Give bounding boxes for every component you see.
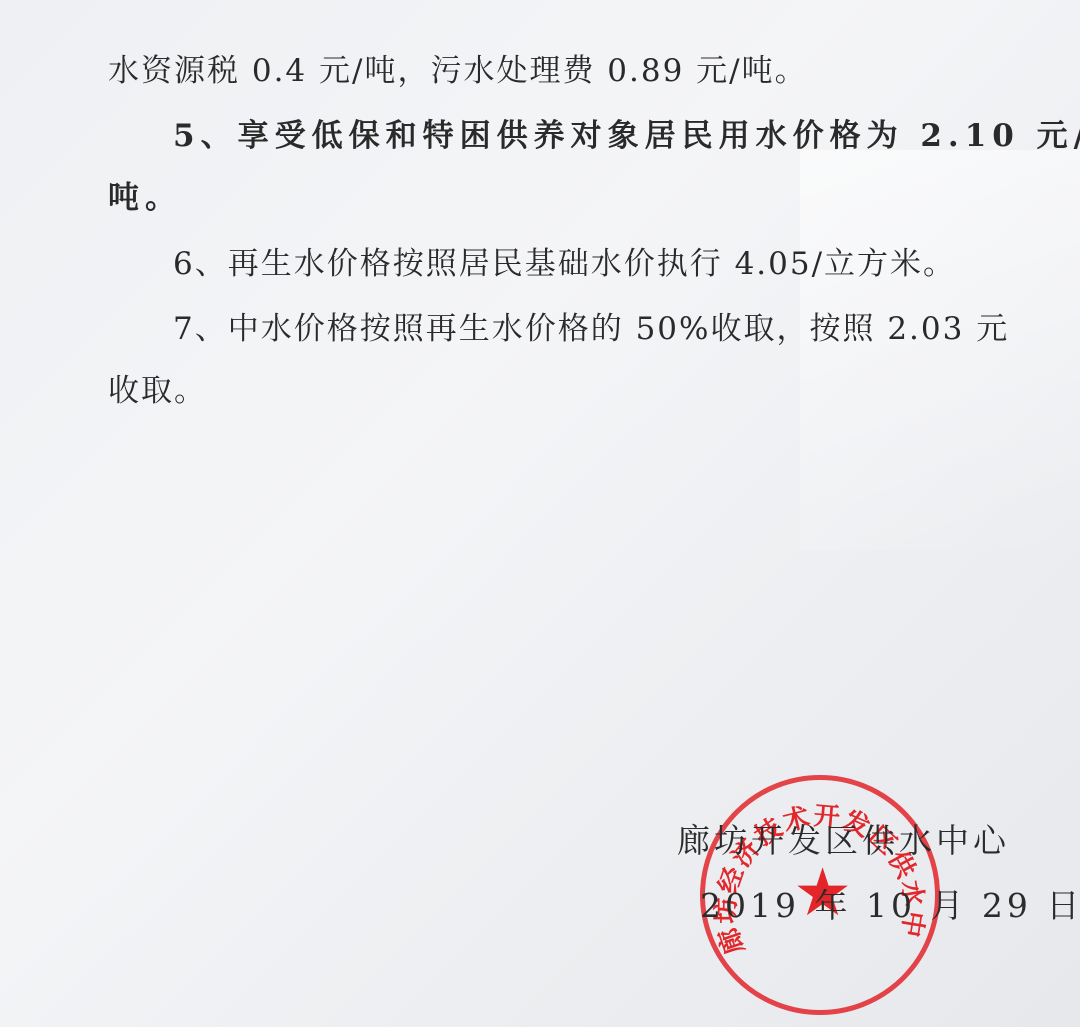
paper-fold-highlight bbox=[800, 150, 1080, 550]
signature-organization: 廊坊开发区供水中心 bbox=[677, 815, 1010, 862]
text-line-item-7-cont: 收取。 bbox=[108, 365, 207, 410]
signature-date: 2019 年 10 月 29 日 bbox=[700, 880, 1080, 927]
text-line-item-5-cont: 吨。 bbox=[108, 172, 182, 217]
text-line-item-5: 5、享受低保和特困供养对象居民用水价格为 2.10 元/ bbox=[173, 110, 1080, 155]
text-line-item-7: 7、中水价格按照再生水价格的 50%收取，按照 2.03 元 bbox=[173, 303, 1009, 348]
text-line-item-6: 6、再生水价格按照居民基础水价执行 4.05/立方米。 bbox=[173, 238, 956, 283]
text-line-water-tax: 水资源税 0.4 元/吨，污水处理费 0.89 元/吨。 bbox=[108, 45, 808, 90]
